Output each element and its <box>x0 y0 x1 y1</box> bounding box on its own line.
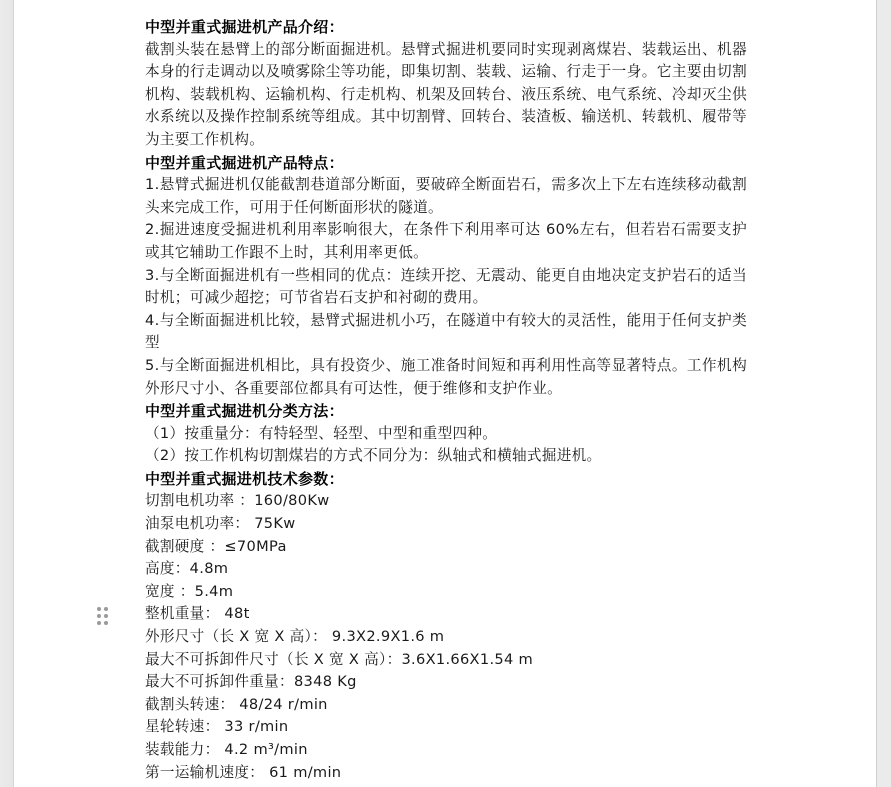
section-heading-intro: 中型并重式掘进机产品介绍： <box>145 16 747 39</box>
spec-cutting-motor-power: 切割电机功率 ：160/80Kw <box>145 490 747 513</box>
spec-dimensions: 外形尺寸（长 X 宽 X 高）： 9.3X2.9X1.6 m <box>145 626 747 649</box>
spec-star-wheel-speed: 星轮转速： 33 r/min <box>145 716 747 739</box>
drag-dot <box>97 607 101 611</box>
section-heading-specs: 中型并重式掘进机技术参数： <box>145 468 747 491</box>
spec-width: 宽度 ：5.4m <box>145 581 747 604</box>
feature-item-5: 5.与全断面掘进机相比，具有投资少、施工准备时间短和再利用性高等显著特点。工作机… <box>145 355 747 400</box>
spec-max-part-weight: 最大不可拆卸件重量：8348 Kg <box>145 671 747 694</box>
classification-item-2: （2）按工作机构切割煤岩的方式不同分为：纵轴式和横轴式掘进机。 <box>145 445 747 468</box>
intro-paragraph: 截割头装在悬臂上的部分断面掘进机。悬臂式掘进机要同时实现剥离煤岩、装载运出、机器… <box>145 39 747 152</box>
spec-total-weight: 整机重量： 48t <box>145 603 747 626</box>
drag-dot <box>104 607 108 611</box>
drag-dot <box>104 621 108 625</box>
feature-item-4: 4.与全断面掘进机比较，悬臂式掘进机小巧，在隧道中有较大的灵活性，能用于任何支护… <box>145 310 747 355</box>
spec-first-conveyor-speed: 第一运输机速度： 61 m/min <box>145 762 747 785</box>
feature-item-2: 2.掘进速度受掘进机利用率影响很大，在条件下利用率可达 60%左右，但若岩石需要… <box>145 219 747 264</box>
spec-pump-motor-power: 油泵电机功率： 75Kw <box>145 513 747 536</box>
drag-dot <box>104 614 108 618</box>
spec-cutting-hardness: 截割硬度 ：≤70MPa <box>145 536 747 559</box>
document-body[interactable]: 中型并重式掘进机产品介绍： 截割头装在悬臂上的部分断面掘进机。悬臂式掘进机要同时… <box>145 16 747 784</box>
drag-handle-icon[interactable] <box>97 607 109 627</box>
spec-height: 高度：4.8m <box>145 558 747 581</box>
spec-max-part-dimensions: 最大不可拆卸件尺寸（长 X 宽 X 高）：3.6X1.66X1.54 m <box>145 649 747 672</box>
classification-item-1: （1）按重量分：有特轻型、轻型、中型和重型四种。 <box>145 423 747 446</box>
right-margin-gutter <box>876 0 891 787</box>
left-margin-gutter <box>0 0 14 787</box>
feature-item-1: 1.悬臂式掘进机仅能截割巷道部分断面，要破碎全断面岩石，需多次上下左右连续移动截… <box>145 174 747 219</box>
section-heading-features: 中型并重式掘进机产品特点： <box>145 152 747 175</box>
drag-dot <box>97 614 101 618</box>
spec-cutter-head-speed: 截割头转速： 48/24 r/min <box>145 694 747 717</box>
drag-dot <box>97 621 101 625</box>
spec-loading-capacity: 装载能力： 4.2 m³/min <box>145 739 747 762</box>
section-heading-classification: 中型并重式掘进机分类方法： <box>145 400 747 423</box>
feature-item-3: 3.与全断面掘进机有一些相同的优点：连续开挖、无震动、能更自由地决定支护岩石的适… <box>145 265 747 310</box>
